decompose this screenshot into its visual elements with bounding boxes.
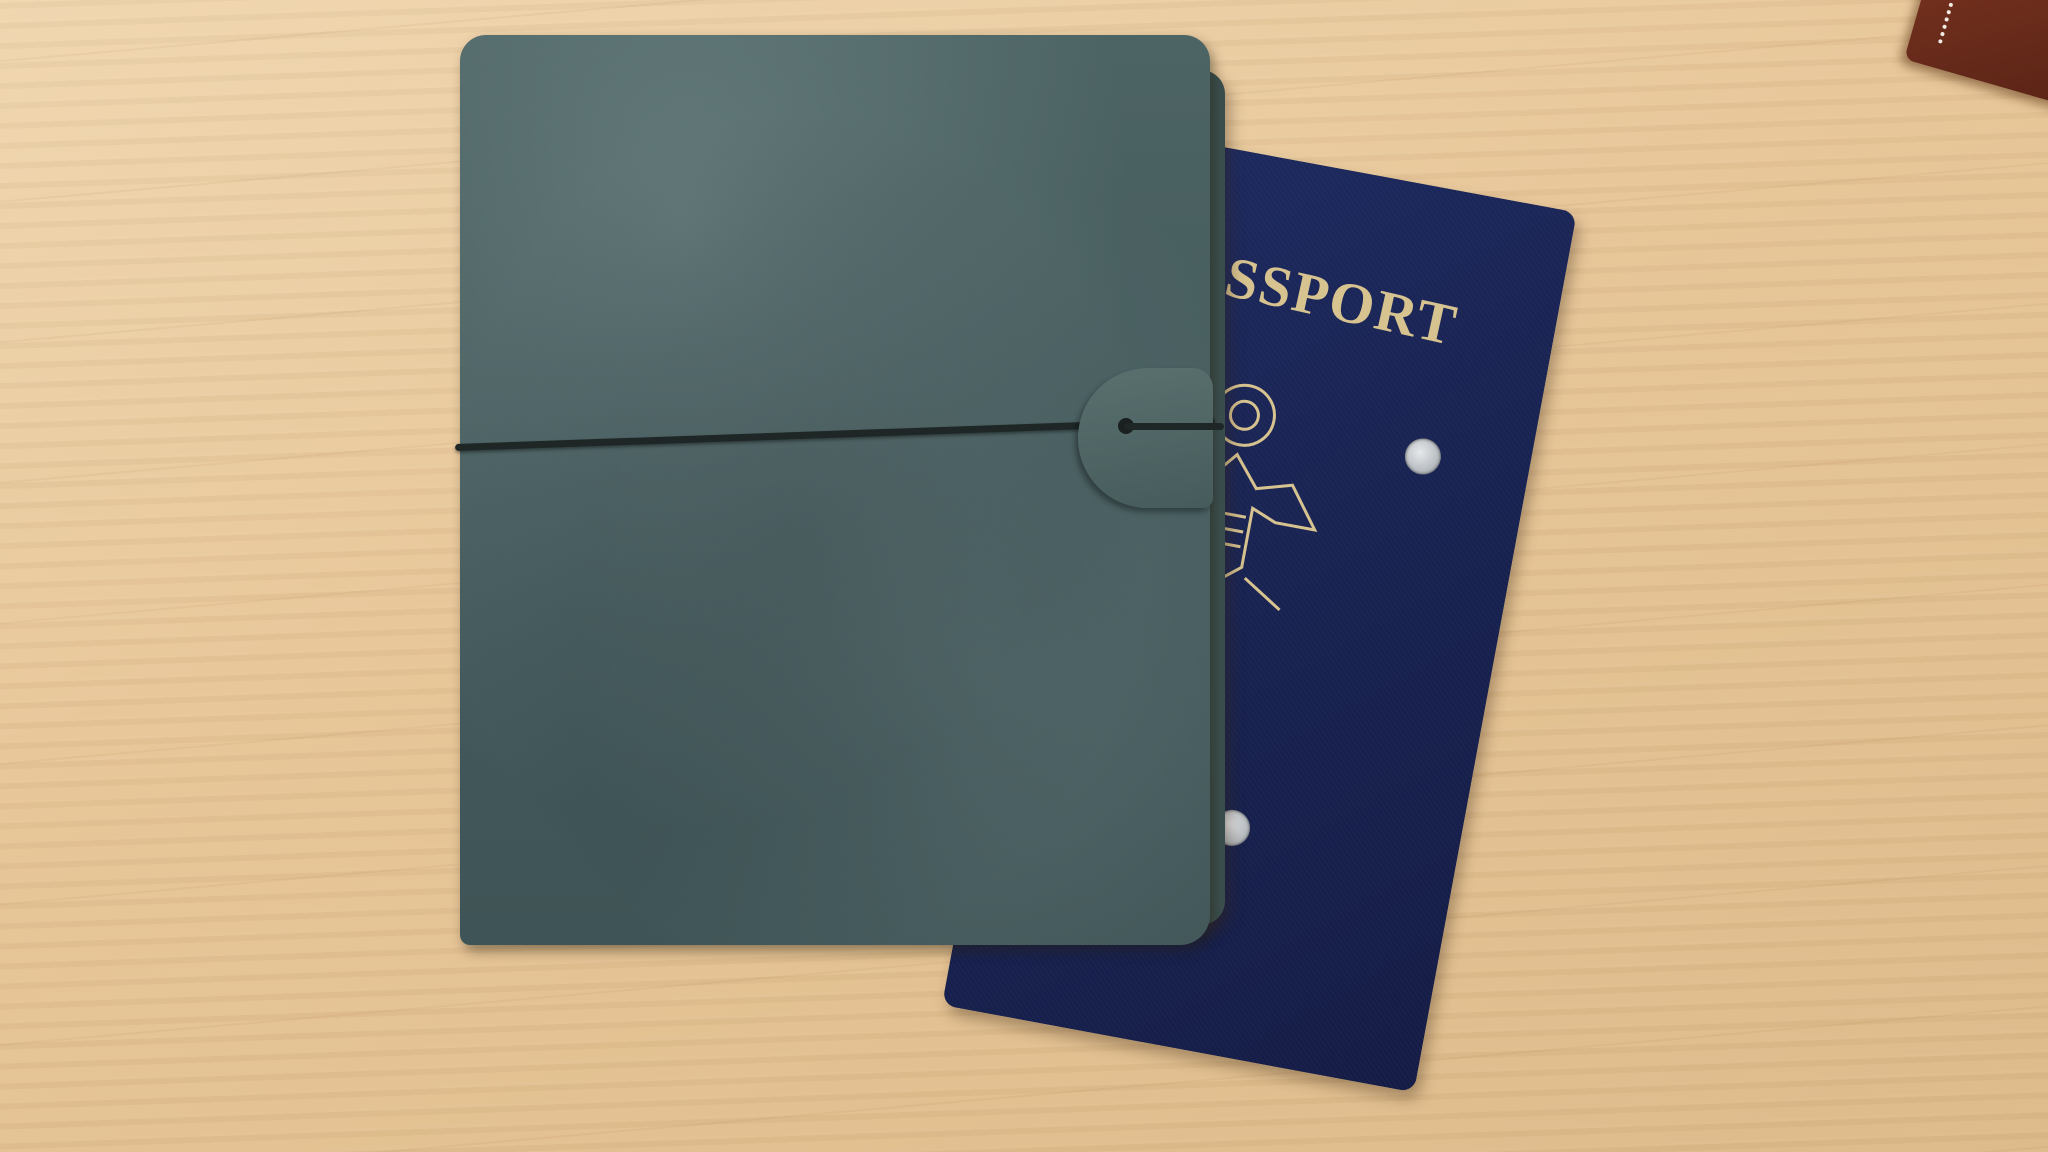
wallet-stitching	[1938, 0, 1964, 44]
tab-cord	[1124, 423, 1224, 430]
passport-punch-hole	[1402, 436, 1444, 478]
leather-journal	[460, 35, 1210, 945]
photo: PASSPORT tates a	[0, 0, 2048, 1152]
leather-closure-tab	[1078, 368, 1213, 508]
